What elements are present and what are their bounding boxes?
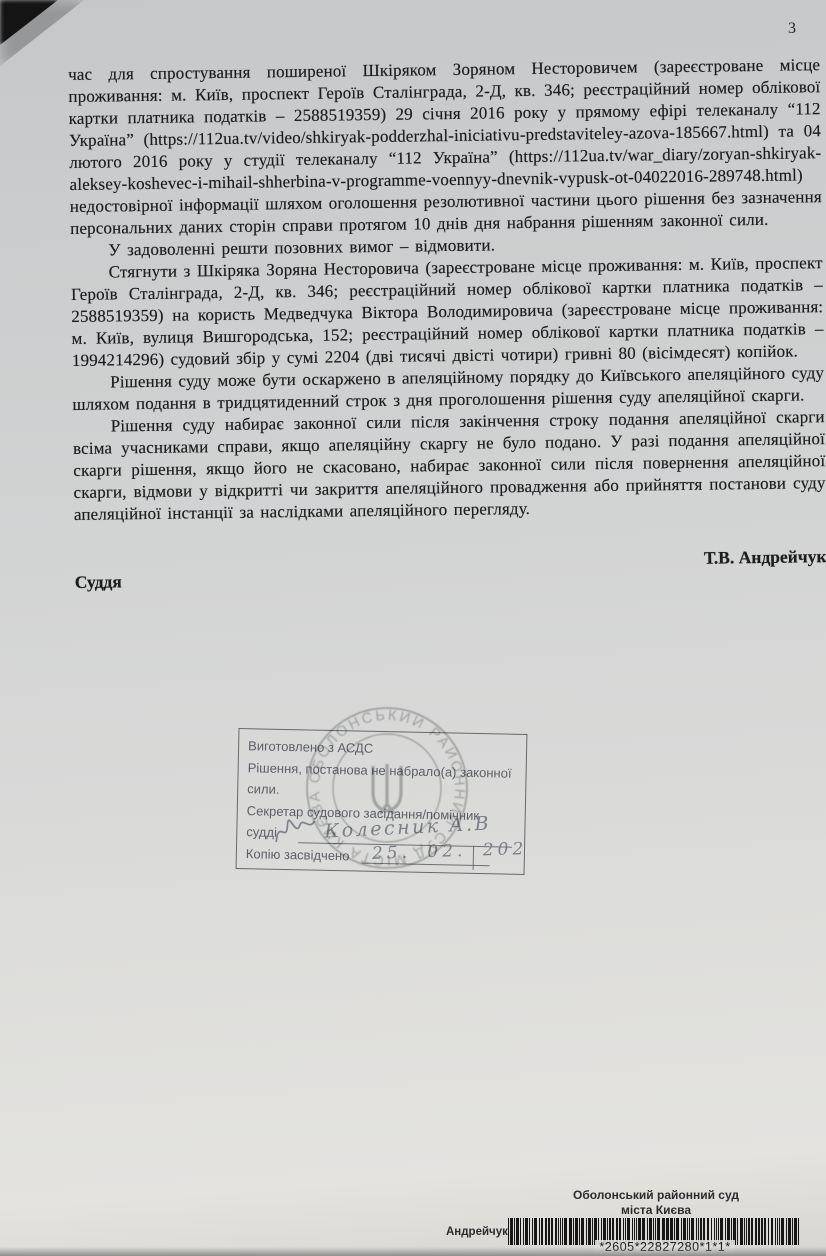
document-text-block: час для спростування поширеної Шкіряком … bbox=[68, 54, 826, 593]
scan-bottom-edge bbox=[0, 1247, 826, 1256]
judge-role-label: Суддя bbox=[75, 571, 122, 593]
page-number: 3 bbox=[788, 20, 796, 38]
paragraph-legal-force: Рішення суду набирає законної сили після… bbox=[73, 406, 826, 526]
footer-signer-label: Андрейчук bbox=[446, 1226, 506, 1238]
secretary-signature-scribble bbox=[268, 809, 321, 850]
handwritten-date: 25. 02. 202 bbox=[372, 839, 528, 865]
judge-name: Т.В. Андрейчук bbox=[704, 546, 826, 569]
paragraph-continuation: час для спростування поширеної Шкіряком … bbox=[68, 54, 822, 240]
paragraph-court-fee: Стягнути з Шкіряка Зоряна Несторовича (з… bbox=[71, 252, 824, 372]
copy-certified-label: Копію засвідчено bbox=[246, 846, 350, 863]
scanned-court-decision-page: 3 час для спростування поширеної Шкіряко… bbox=[0, 0, 826, 1256]
signature-row: Суддя Т.В. Андрейчук bbox=[75, 562, 826, 593]
footer-court-name-line1: Оболонський районний суд bbox=[500, 1188, 812, 1202]
certification-stamp-box: Виготовлено з АСДС Рішення, постанова не… bbox=[236, 728, 528, 875]
footer-court-name-line2: міста Києва bbox=[500, 1203, 812, 1217]
